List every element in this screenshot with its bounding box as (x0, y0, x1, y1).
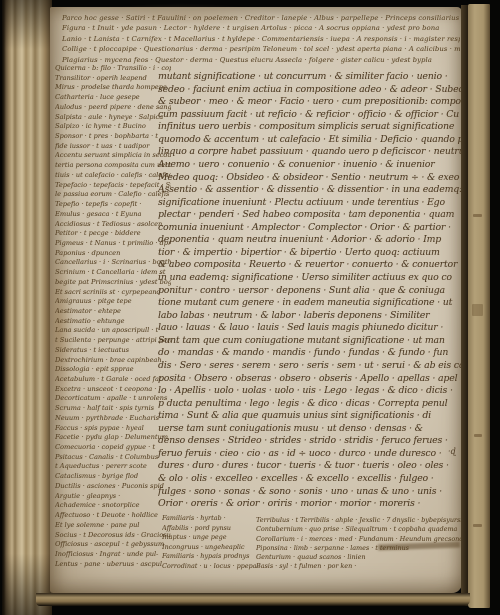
text-line: Accidiosus · t Tediosus · asolcen (55, 220, 171, 230)
text-line: Aestimator · ehtepe (55, 307, 171, 317)
text-line: significatione inueniunt · Plectu actiuu… (158, 197, 461, 210)
text-line: Medeo quoq: · Obsideo · & obsideor · Sen… (158, 172, 461, 185)
text-line: Lana sucida · un aposcripull · t (55, 326, 171, 336)
text-line: begite pat Primscrinius · ydest bogthen (55, 278, 171, 288)
text-line: Tepefio · tepefis · copefit · (55, 200, 171, 210)
text-line: t Sucilenta · perpunge · attripi peri (55, 336, 171, 346)
text-line: uerse tam sunt coniugationis musu · ut d… (158, 423, 461, 436)
text-line: Amigrauus · pitge tepe (55, 297, 171, 307)
text-line: Cataclismus · byrige flod (55, 472, 171, 482)
text-line: Lentus · pane · uberuus · ascpul (55, 560, 171, 570)
text-line: Dextrochirium · brae capinbeah (55, 356, 171, 366)
text-line: Contubernium · quo prise · Silequaltrum … (256, 525, 461, 534)
text-line: Faccus · spis pypae · hyeal (55, 424, 171, 434)
text-line: Sunt tam que cum coniugatione mutant sig… (158, 335, 461, 348)
next-page-edge (468, 4, 490, 608)
text-line: Achademice · snotorplice (55, 501, 171, 511)
text-line: Scruma · half tait · spis tyrnis (55, 404, 171, 414)
text-line: Assentio · & assentior · & dissentio · &… (158, 184, 461, 197)
text-line: le passiua eorum · Calefio · calefis · c… (55, 190, 171, 200)
text-line: Psitacus · Canalis · t Columbus (55, 453, 171, 463)
text-line: Scrinium · t Cancellaria · idem st (55, 268, 171, 278)
text-line: plectar · penderi · Sed habeo composita … (158, 209, 461, 222)
bleed-through-mark (473, 214, 482, 217)
text-line: fide iussor · t uas · t uadipor (55, 142, 171, 152)
text-line: do · mandas · & mando · mandis · fundo ·… (158, 347, 461, 360)
text-line: posita · Obsero · obseras · obsero · obs… (158, 373, 461, 386)
main-text-block: mutant significatione · ut concurrum · &… (158, 71, 461, 511)
text-line: cum passiuum facit · ut reficio · & refi… (158, 109, 461, 122)
text-line: Terribulus · t Terribilis · ahple · Jexs… (256, 516, 461, 525)
text-line: Affectuoso · t Deuote · holdlice (55, 511, 171, 521)
text-line: tione mutant cum genere · in eadem maneu… (158, 297, 461, 310)
text-line: Sponsor · t pres · bophbarta · t (55, 132, 171, 142)
text-line: lo · Apellis · uolo · uolas · uolo · uis… (158, 385, 461, 398)
text-line: fulges · sono · sonas · & sono · sonis ·… (158, 486, 461, 499)
text-line: tertia persona composita cum uerb infini (55, 161, 171, 171)
text-line: Et lye solemne · pane pul (55, 521, 171, 531)
text-line: Figura · t Inuit · yde pasun · Lector · … (62, 23, 460, 33)
text-line: Acetabulum · t Garale · oced fat (55, 375, 171, 385)
text-line: Decorticatum · apalle · t unrolens (55, 394, 171, 404)
text-line: Lanio · t Lanista · t Carnifex · t Macel… (62, 34, 460, 44)
text-line: Genturium · quaud scanos · linien (256, 553, 461, 562)
top-gloss-block: Parco hoc gesse · Satiri · t Fauulini · … (62, 13, 460, 65)
text-line: & olo · olis · excelleo · excelles · & e… (158, 473, 461, 486)
marginal-mark: ·ɖ (448, 447, 457, 456)
text-line: Auemo · uero · conuenio · & conuenior · … (158, 159, 461, 172)
text-line: Ductilis · asciones · Puconis spid (55, 482, 171, 492)
text-line: Sideratus · t iectuatus (55, 346, 171, 356)
text-line: Transilitor · operih leapend (55, 74, 171, 84)
text-line: labo labas · neutrum · & labor · laberis… (158, 310, 461, 323)
text-line: Petitor · t pecge · biddere (55, 229, 171, 239)
text-line: Excetra · unsceot · t ceopona · (55, 385, 171, 395)
text-line: Facetie · pydu glap · Delumentum (55, 433, 171, 443)
text-line: sedeo · faciunt enim actiua in compositi… (158, 84, 461, 97)
bleed-through-mark (474, 434, 482, 437)
text-line: Et sacri scriniis st · cyrpepeand (55, 288, 171, 298)
text-line: Catharteria · luce gesepe (55, 93, 171, 103)
text-line: Collige · t ploccapipe · Questionarius ·… (62, 44, 460, 54)
text-line: Inofficiosus · Ingrat · unde pul- (55, 550, 171, 560)
text-line: dis · Sero · seres · serem · sero · seri… (158, 360, 461, 373)
text-line: tiuis · ut calefacio · calefis · calefac… (55, 171, 171, 181)
text-line: Argutie · gleapnys · (55, 492, 171, 502)
text-line: Aulodus · peerd pipere · dene sangpipe (55, 103, 171, 113)
text-line: Basis · syl · t fulmen · por ken · (256, 562, 461, 571)
text-line: denso denses · Strideo · strides · strid… (158, 435, 461, 448)
text-line: Dissologia · epit spprae (55, 365, 171, 375)
text-line: & subeor · meo · & meor · Facio · uero ·… (158, 96, 461, 109)
text-line: in una eademq: significatione · Uerso si… (158, 272, 461, 285)
text-line: t Aqueductus · pererr scote (55, 462, 171, 472)
text-line: Socius · t Decorosus ids · Graciosus · (55, 531, 171, 541)
manuscript-page: Parco hoc gesse · Satiri · t Fauulini · … (50, 7, 462, 593)
text-line: Pigmeus · t Nanus · t primilio · dpropi (55, 239, 171, 249)
text-line: quomodo & accentum · ut calefacio · Et s… (158, 134, 461, 147)
text-line: Salpizo · ic hyme · t Bucino (55, 122, 171, 132)
gutter-shadow (461, 5, 468, 606)
text-line: p ducta penultima · lego · legis · & dic… (158, 398, 461, 411)
text-line: tima · Sunt & alia que quamuis unius sin… (158, 410, 461, 423)
bleed-through-mark (472, 304, 483, 316)
text-line: Tepefacio · tepefacis · tepefacit · Simi (55, 181, 171, 191)
text-line: lauo · lauas · & lauo · lauis · Sed laui… (158, 322, 461, 335)
text-line: Salpista · aule · hyneye · Salpica (55, 113, 171, 123)
text-line: Emulus · gesaca · t Eyuna (55, 210, 171, 220)
text-line: mutant significatione · ut concurrum · &… (158, 71, 461, 84)
text-line: infinitus uero uerbis · compositum simpl… (158, 121, 461, 134)
text-line: tior · & impertio · bipertior · & bipert… (158, 247, 461, 260)
text-line: Quicerna · b: filo · Transilio · i · cop… (55, 64, 171, 74)
text-line: Neuum · pyrthbrade · Eucharis · (55, 414, 171, 424)
margin-gloss-column: Quicerna · b: filo · Transilio · i · cop… (55, 64, 171, 569)
text-line: Cancellarius · i · Scrinarius · bogthen (55, 258, 171, 268)
text-line: deponentia · quam neutra inueniunt · Ado… (158, 234, 461, 247)
text-line: Comecuoria · copeid gypue · t (55, 443, 171, 453)
text-line: & abeo composita · Reuerto · & reuertor … (158, 259, 461, 272)
text-line: Accentu seruant simplicia in secda & (55, 151, 171, 161)
text-line: Officiosus · ascepul · t gebyssum (55, 540, 171, 550)
text-line: comunia inueniunt · Amplector · Complect… (158, 222, 461, 235)
text-line: Parco hoc gesse · Satiri · t Fauulini · … (62, 13, 460, 23)
text-line: Mirus · prodelse tharda hompepe (55, 83, 171, 93)
text-line: dures · duro · dures · tucor · tueris · … (158, 460, 461, 473)
text-line: Paponius · dpuncen (55, 249, 171, 259)
text-line: Aestimatio · ehtunge (55, 317, 171, 327)
text-line: linquo a corpre habet passiuum · quando … (158, 146, 461, 159)
bottom-page-edges (36, 593, 470, 606)
text-line: Orior · oreris · & orior · oriris · mori… (158, 498, 461, 511)
bleed-through-mark (473, 524, 482, 527)
text-line: ponitur · contro · uersor · deponens · S… (158, 285, 461, 298)
text-line: feruo feruis · cieo · cio · as · id ÷ uo… (158, 448, 461, 461)
manuscript-photo: Parco hoc gesse · Satiri · t Fauulini · … (0, 0, 500, 615)
